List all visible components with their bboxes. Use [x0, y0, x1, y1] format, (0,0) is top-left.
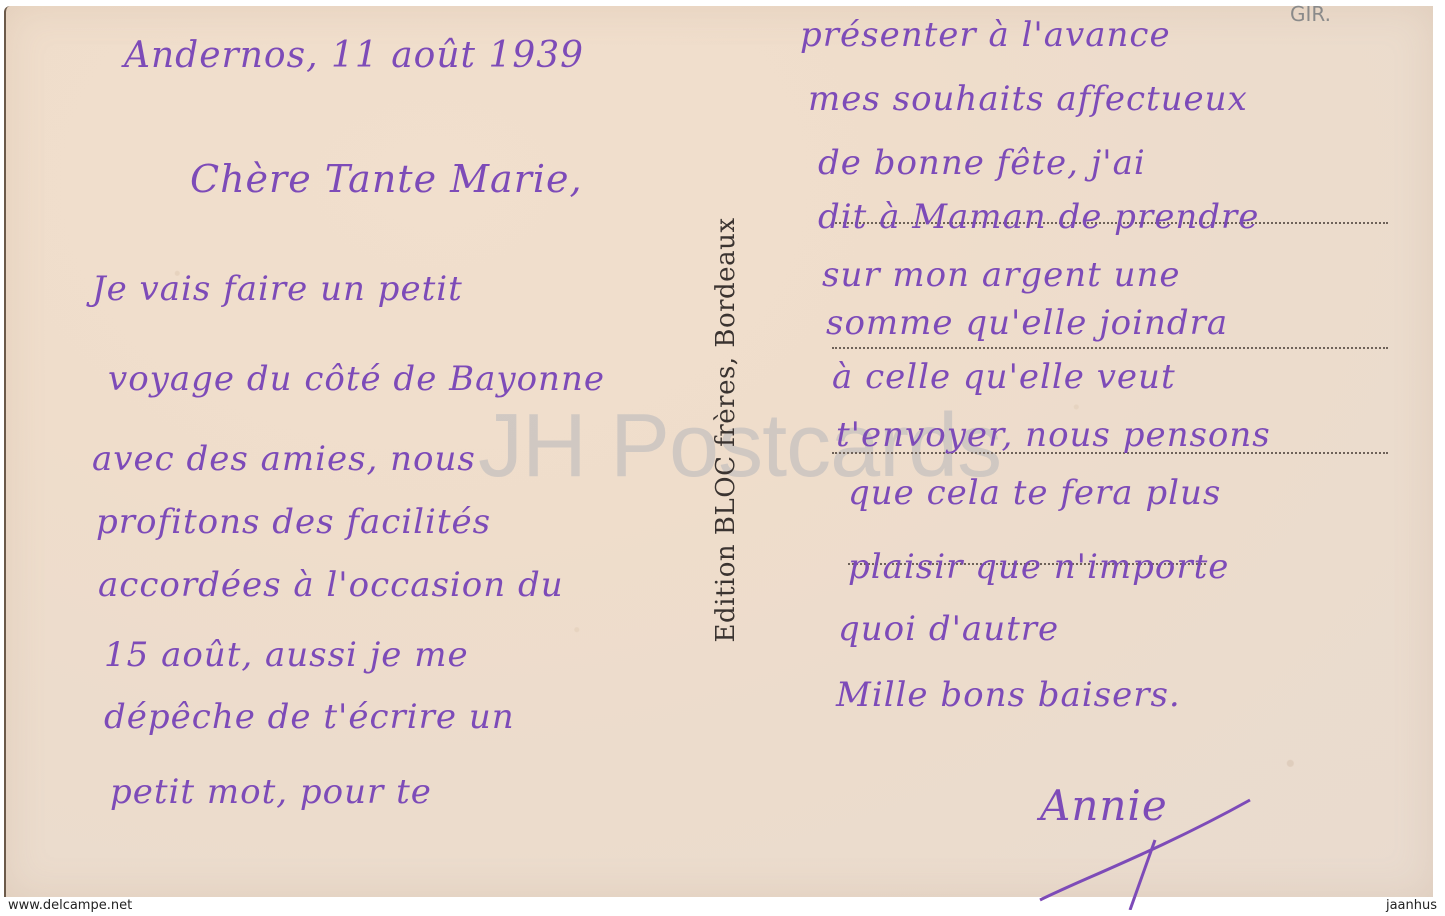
letter-line: de bonne fête, j'ai: [818, 146, 1146, 180]
signature-flourish: [1020, 760, 1280, 910]
letter-line: petit mot, pour te: [110, 775, 432, 809]
letter-line: avec des amies, nous: [92, 442, 476, 476]
letter-line: mes souhaits affectueux: [808, 82, 1248, 116]
publisher-imprint: Edition BLOC frères, Bordeaux: [711, 218, 741, 643]
letter-line: dépêche de t'écrire un: [104, 700, 515, 734]
letter-line: plaisir que n'importe: [848, 550, 1229, 584]
letter-line: que cela te fera plus: [848, 476, 1221, 510]
letter-line: accordées à l'occasion du: [98, 568, 564, 602]
letter-header: Andernos, 11 août 1939: [124, 38, 584, 74]
letter-line: présenter à l'avance: [800, 18, 1171, 52]
letter-line: dit à Maman de prendre: [818, 200, 1259, 234]
letter-closing: Mille bons baisers.: [836, 678, 1181, 712]
letter-line: Je vais faire un petit: [92, 272, 463, 306]
address-line: [832, 347, 1388, 349]
letter-line: quoi d'autre: [838, 612, 1059, 646]
footer-left-caption: www.delcampe.net: [8, 898, 132, 913]
letter-line: profitons des facilités: [96, 505, 491, 539]
letter-line: 15 août, aussi je me: [104, 638, 469, 672]
letter-line: t'envoyer, nous pensons: [836, 418, 1271, 452]
letter-line: somme qu'elle joindra: [826, 306, 1228, 340]
letter-salutation: Chère Tante Marie,: [190, 160, 583, 198]
footer-right-caption: jaanhus: [1386, 898, 1437, 913]
letter-line: voyage du côté de Bayonne: [108, 362, 605, 396]
letter-line: à celle qu'elle veut: [832, 360, 1176, 394]
pencil-note: GIR.: [1290, 2, 1331, 26]
letter-line: sur mon argent une: [822, 258, 1181, 292]
